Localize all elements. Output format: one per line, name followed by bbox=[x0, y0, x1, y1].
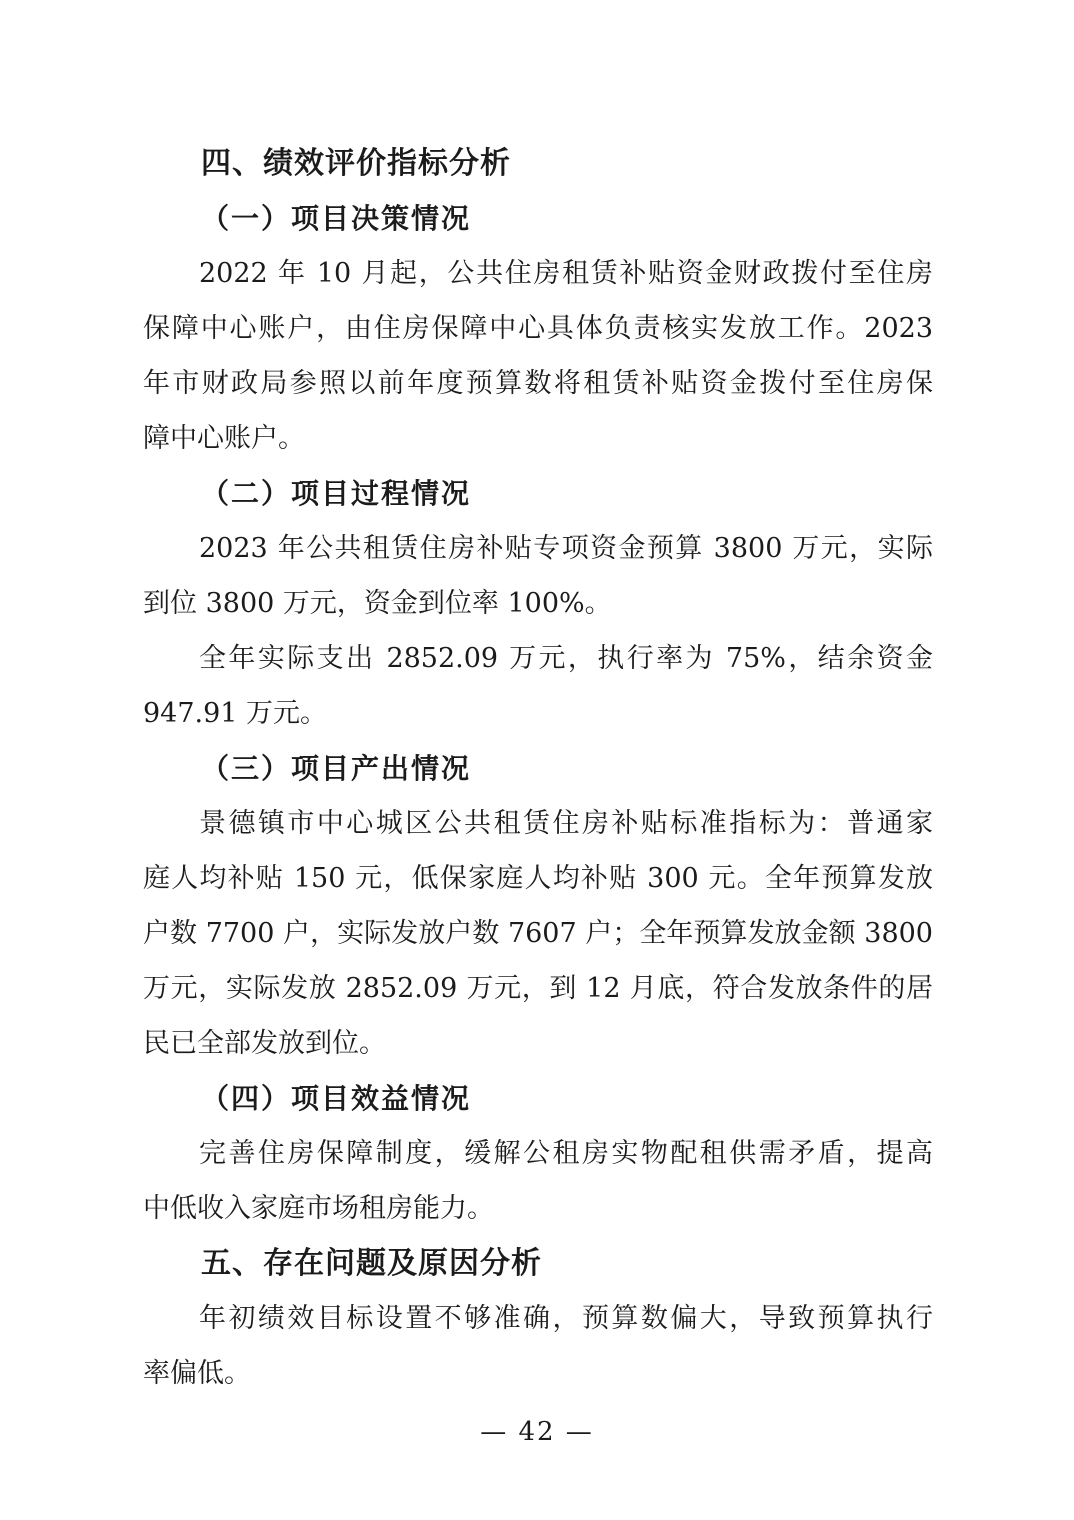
paragraph: 2022 年 10 月起，公共住房租赁补贴资金财政拨付至住房保障中心账户，由住房… bbox=[143, 246, 933, 466]
paragraph-line: 保障中心账户，由住房保障中心具体负责核实发放工作。2023 bbox=[143, 301, 933, 356]
paragraph-line: 障中心账户。 bbox=[143, 411, 933, 466]
section-heading: 四、绩效评价指标分析 bbox=[143, 136, 933, 191]
paragraph-line: 民已全部发放到位。 bbox=[143, 1016, 933, 1071]
subsection-heading: （四）项目效益情况 bbox=[143, 1071, 933, 1126]
paragraph-line: 947.91 万元。 bbox=[143, 686, 933, 741]
subsection-heading: （一）项目决策情况 bbox=[143, 191, 933, 246]
paragraph-line: 完善住房保障制度，缓解公租房实物配租供需矛盾，提高 bbox=[143, 1126, 933, 1181]
paragraph: 年初绩效目标设置不够准确，预算数偏大，导致预算执行率偏低。 bbox=[143, 1291, 933, 1401]
paragraph: 景德镇市中心城区公共租赁住房补贴标准指标为：普通家庭人均补贴 150 元，低保家… bbox=[143, 796, 933, 1071]
paragraph-line: 率偏低。 bbox=[143, 1346, 933, 1401]
subsection-heading: （二）项目过程情况 bbox=[143, 466, 933, 521]
paragraph-line: 景德镇市中心城区公共租赁住房补贴标准指标为：普通家 bbox=[143, 796, 933, 851]
paragraph-line: 庭人均补贴 150 元，低保家庭人均补贴 300 元。全年预算发放 bbox=[143, 851, 933, 906]
paragraph: 完善住房保障制度，缓解公租房实物配租供需矛盾，提高中低收入家庭市场租房能力。 bbox=[143, 1126, 933, 1236]
section-heading: 五、存在问题及原因分析 bbox=[143, 1236, 933, 1291]
document-body: 四、绩效评价指标分析（一）项目决策情况2022 年 10 月起，公共住房租赁补贴… bbox=[143, 136, 933, 1401]
paragraph: 2023 年公共租赁住房补贴专项资金预算 3800 万元，实际到位 3800 万… bbox=[143, 521, 933, 631]
page-number: — 42 — bbox=[0, 1412, 1074, 1452]
paragraph-line: 全年实际支出 2852.09 万元，执行率为 75%，结余资金 bbox=[143, 631, 933, 686]
paragraph-line: 2022 年 10 月起，公共住房租赁补贴资金财政拨付至住房 bbox=[143, 246, 933, 301]
paragraph-line: 年初绩效目标设置不够准确，预算数偏大，导致预算执行 bbox=[143, 1291, 933, 1346]
paragraph-line: 户数 7700 户，实际发放户数 7607 户；全年预算发放金额 3800 bbox=[143, 906, 933, 961]
paragraph-line: 万元，实际发放 2852.09 万元，到 12 月底，符合发放条件的居 bbox=[143, 961, 933, 1016]
paragraph-line: 到位 3800 万元，资金到位率 100%。 bbox=[143, 576, 933, 631]
document-page: 四、绩效评价指标分析（一）项目决策情况2022 年 10 月起，公共住房租赁补贴… bbox=[0, 0, 1074, 1520]
paragraph-line: 中低收入家庭市场租房能力。 bbox=[143, 1181, 933, 1236]
paragraph-line: 年市财政局参照以前年度预算数将租赁补贴资金拨付至住房保 bbox=[143, 356, 933, 411]
paragraph-line: 2023 年公共租赁住房补贴专项资金预算 3800 万元，实际 bbox=[143, 521, 933, 576]
paragraph: 全年实际支出 2852.09 万元，执行率为 75%，结余资金947.91 万元… bbox=[143, 631, 933, 741]
subsection-heading: （三）项目产出情况 bbox=[143, 741, 933, 796]
